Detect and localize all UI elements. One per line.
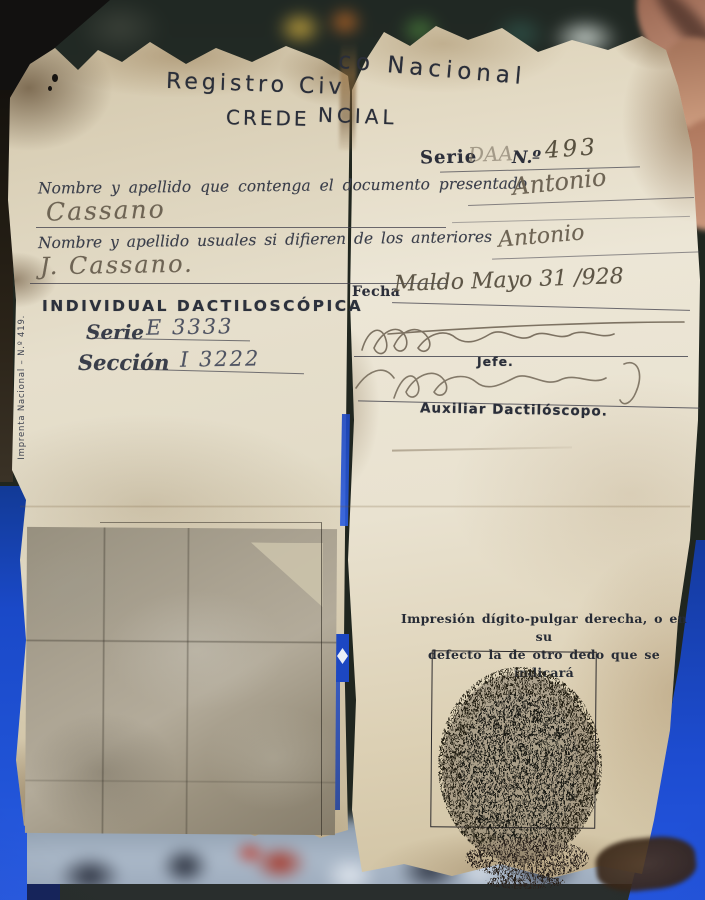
paper-hole (48, 86, 52, 91)
document-name-handwritten-last: Cassano (46, 196, 166, 224)
fecha-label: Fecha (352, 285, 400, 299)
ruled-line (36, 227, 446, 228)
fold-gap-highlight (337, 648, 348, 664)
auxiliar-dactiloscopo-label: Auxiliar Dactilóscopo. (420, 402, 608, 419)
horizontal-fold-crease (20, 505, 690, 508)
jefe-label: Jefe. (477, 356, 514, 369)
photo-box-outline (100, 522, 322, 836)
jefe-signature (362, 322, 684, 354)
number-label: N.º (512, 150, 541, 167)
credential-title-left: CREDE (226, 107, 310, 128)
printer-imprint-vertical: Imprenta Nacional – N.º 419. (18, 302, 27, 472)
dactilo-serie-handwritten-value: E 3333 (146, 316, 234, 339)
fold-gap (336, 634, 349, 682)
serie-handwritten-value: DAA (468, 143, 514, 165)
credential-title-right: NCIAL (318, 105, 398, 128)
ruled-line (354, 356, 688, 357)
usual-name-handwritten-last: J. Cassano. (40, 252, 194, 279)
dactilo-seccion-handwritten-value: I 3222 (180, 348, 261, 370)
fold-gap (340, 414, 350, 526)
fingerprint-image (425, 640, 620, 890)
bottom-left-shadow (27, 884, 60, 900)
dactiloscopic-section-title: INDIVIDUAL DACTILOSCÓPICA (42, 299, 363, 315)
paper-hole (52, 74, 58, 82)
number-handwritten-value: 493 (544, 136, 598, 163)
photographed-credential-document: Registro Civ co Nacional CREDE NCIAL Ser… (0, 0, 705, 900)
